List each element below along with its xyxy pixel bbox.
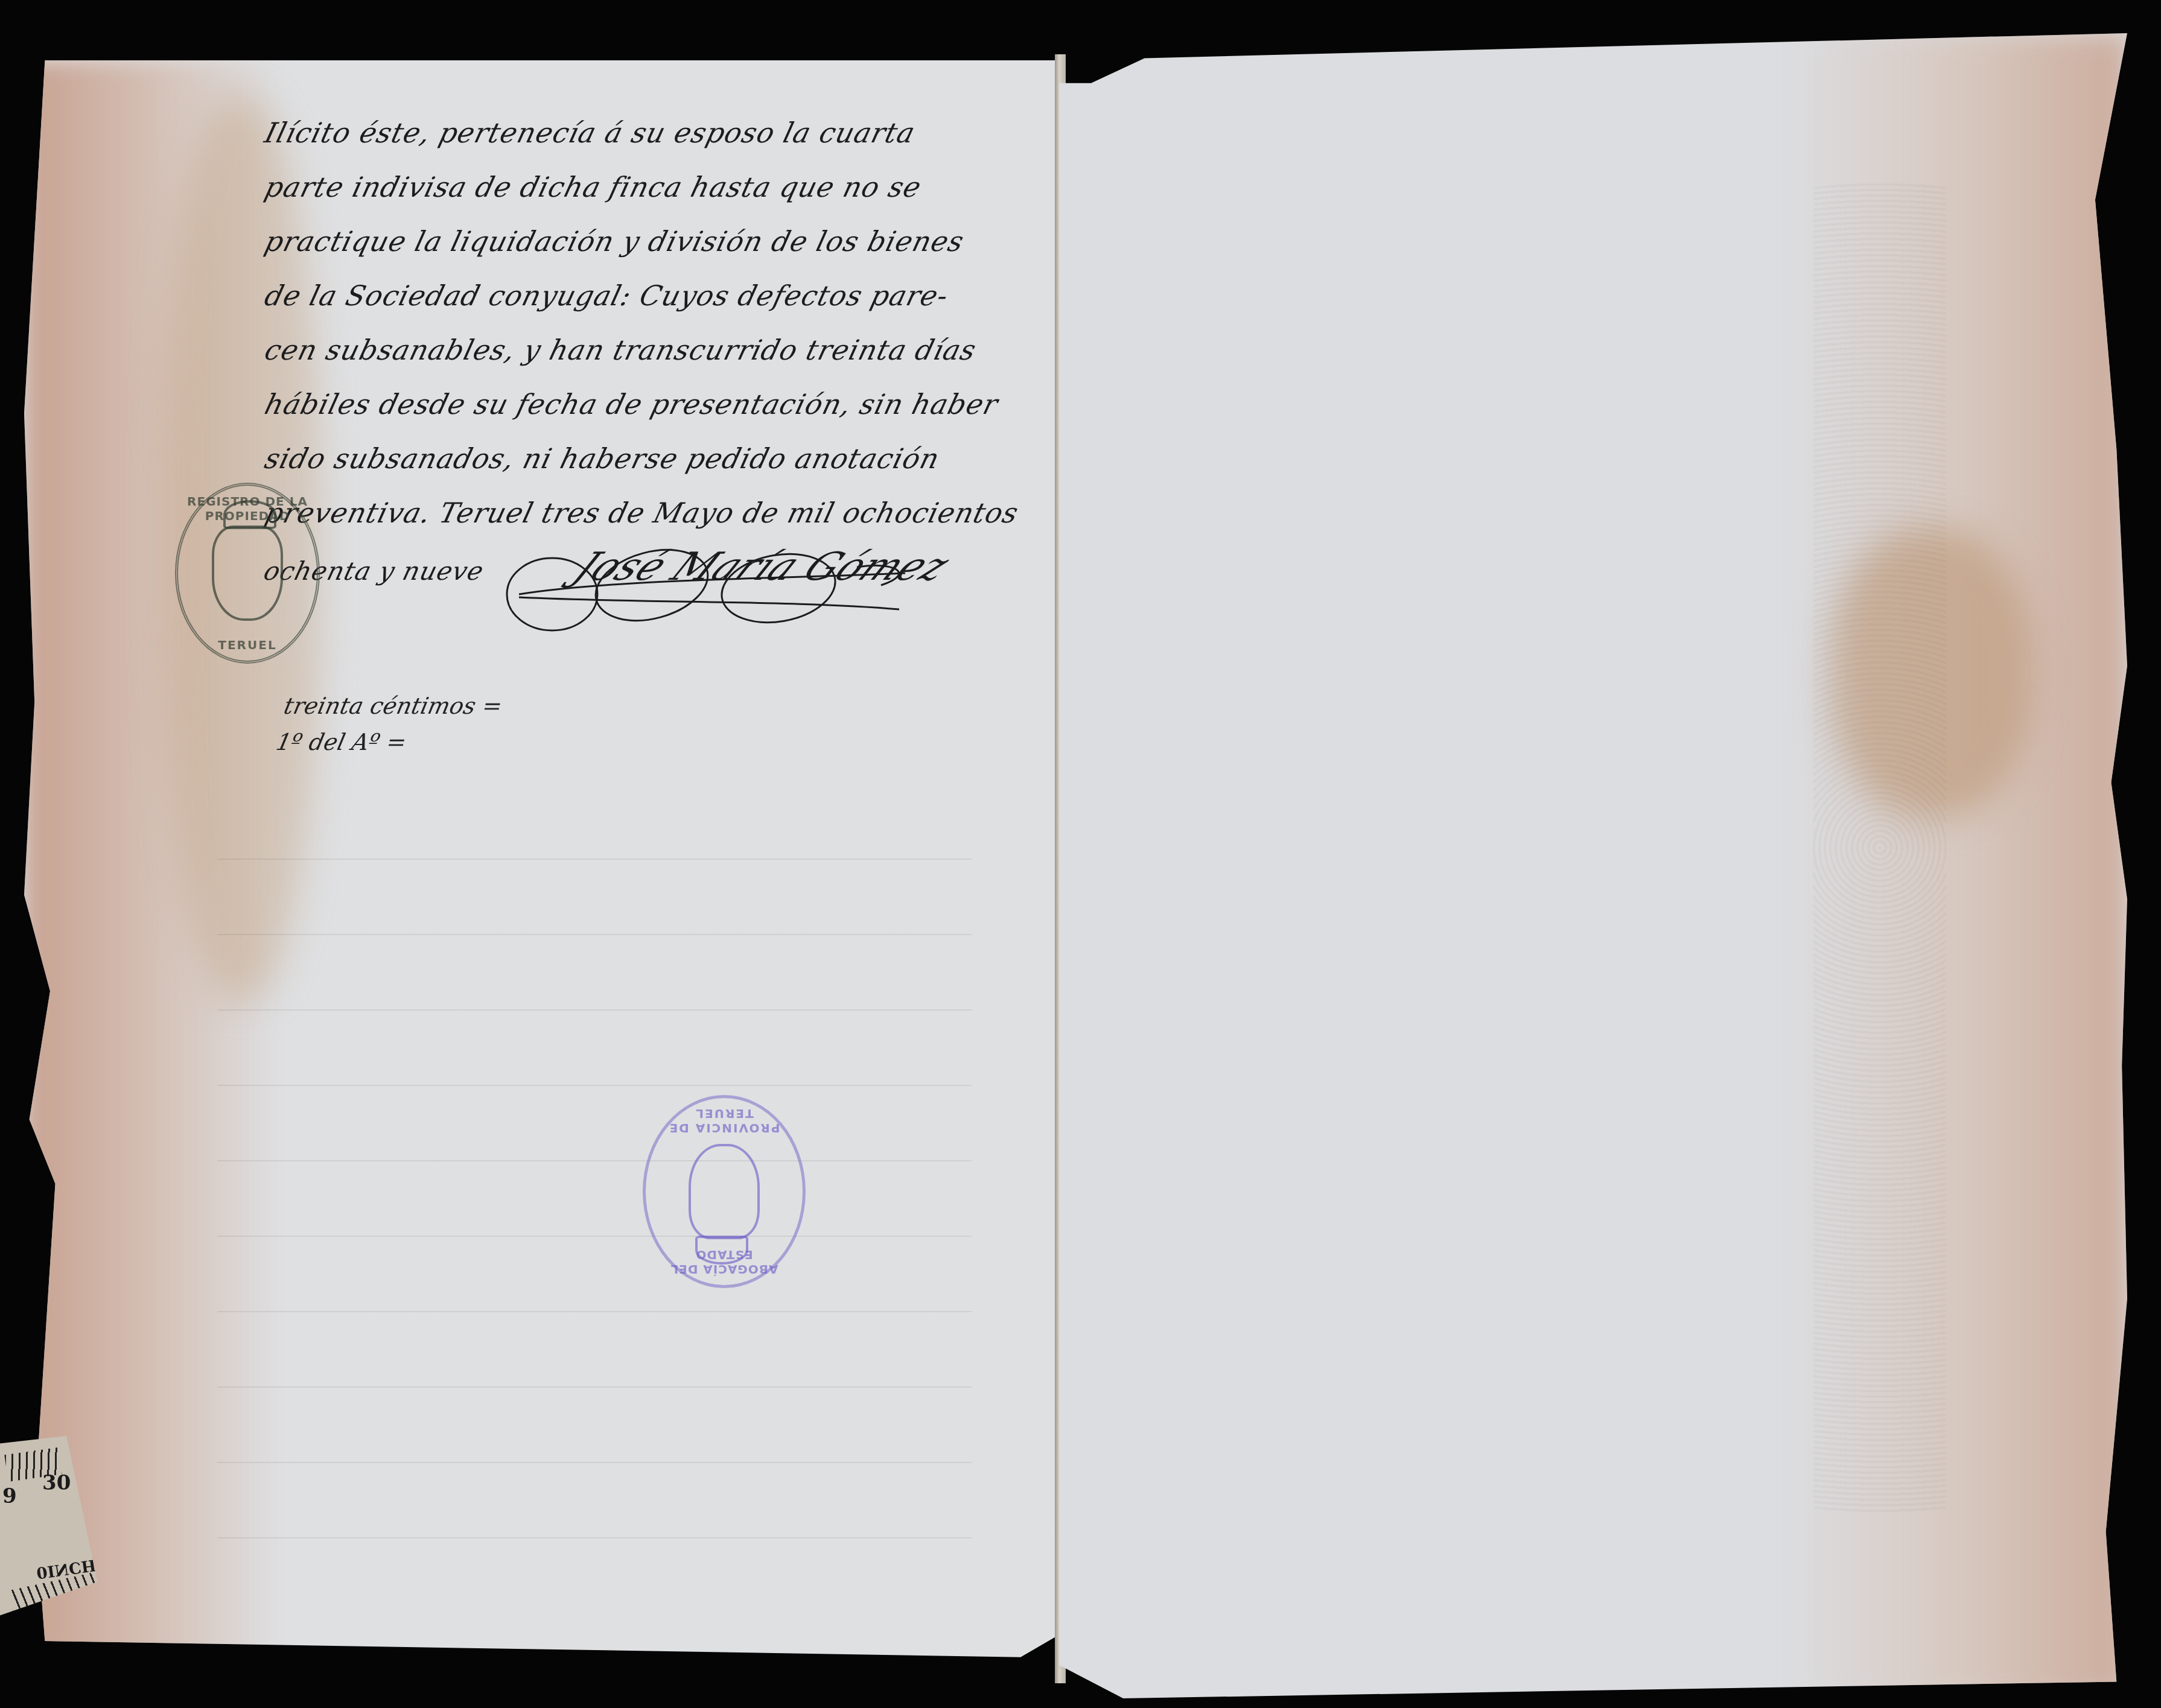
royal-crest-icon <box>689 1144 760 1239</box>
manuscript-line: practique la liquidación y división de l… <box>259 214 1057 268</box>
manuscript-line: preventiva. Teruel tres de Mayo de mil o… <box>259 486 1057 540</box>
stamp-registro-propiedad: REGISTRO DE LA PROPIEDAD TERUEL <box>175 483 320 664</box>
marginal-note-ref: 1º del Aº = <box>273 724 498 760</box>
stamp-bottom-text: TERUEL <box>178 638 317 652</box>
right-page <box>1059 33 2127 1698</box>
ruler-number: 30 <box>42 1471 71 1495</box>
signature-flourish-icon <box>495 537 917 633</box>
stamp-bottom-text: PROVINCIA DE TERUEL <box>646 1106 803 1135</box>
ruler-number: 9 <box>2 1484 17 1508</box>
royal-crest-icon <box>212 525 283 621</box>
manuscript-line: sido subsanados, ni haberse pedido anota… <box>259 431 1057 486</box>
foxing-spots <box>1813 184 1946 1511</box>
manuscript-body: Ilícito éste, pertenecía á su esposo la … <box>266 106 1050 594</box>
manuscript-line: parte indivisa de dicha finca hasta que … <box>259 160 1057 214</box>
marginal-note: treinta céntimos = 1º del Aº = <box>273 688 506 760</box>
stamp-abogacia-estado: ABOGACÍA DEL ESTADO PROVINCIA DE TERUEL <box>643 1095 806 1288</box>
bleed-through-text <box>217 821 972 1605</box>
manuscript-line: de la Sociedad conyugal: Cuyos defectos … <box>259 268 1057 323</box>
manuscript-line: cen subsanables, y han transcurrido trei… <box>259 323 1057 377</box>
marginal-note-fee: treinta céntimos = <box>281 688 506 724</box>
manuscript-line: Ilícito éste, pertenecía á su esposo la … <box>259 106 1057 160</box>
manuscript-line: hábiles desde su fecha de presentación, … <box>259 377 1057 431</box>
